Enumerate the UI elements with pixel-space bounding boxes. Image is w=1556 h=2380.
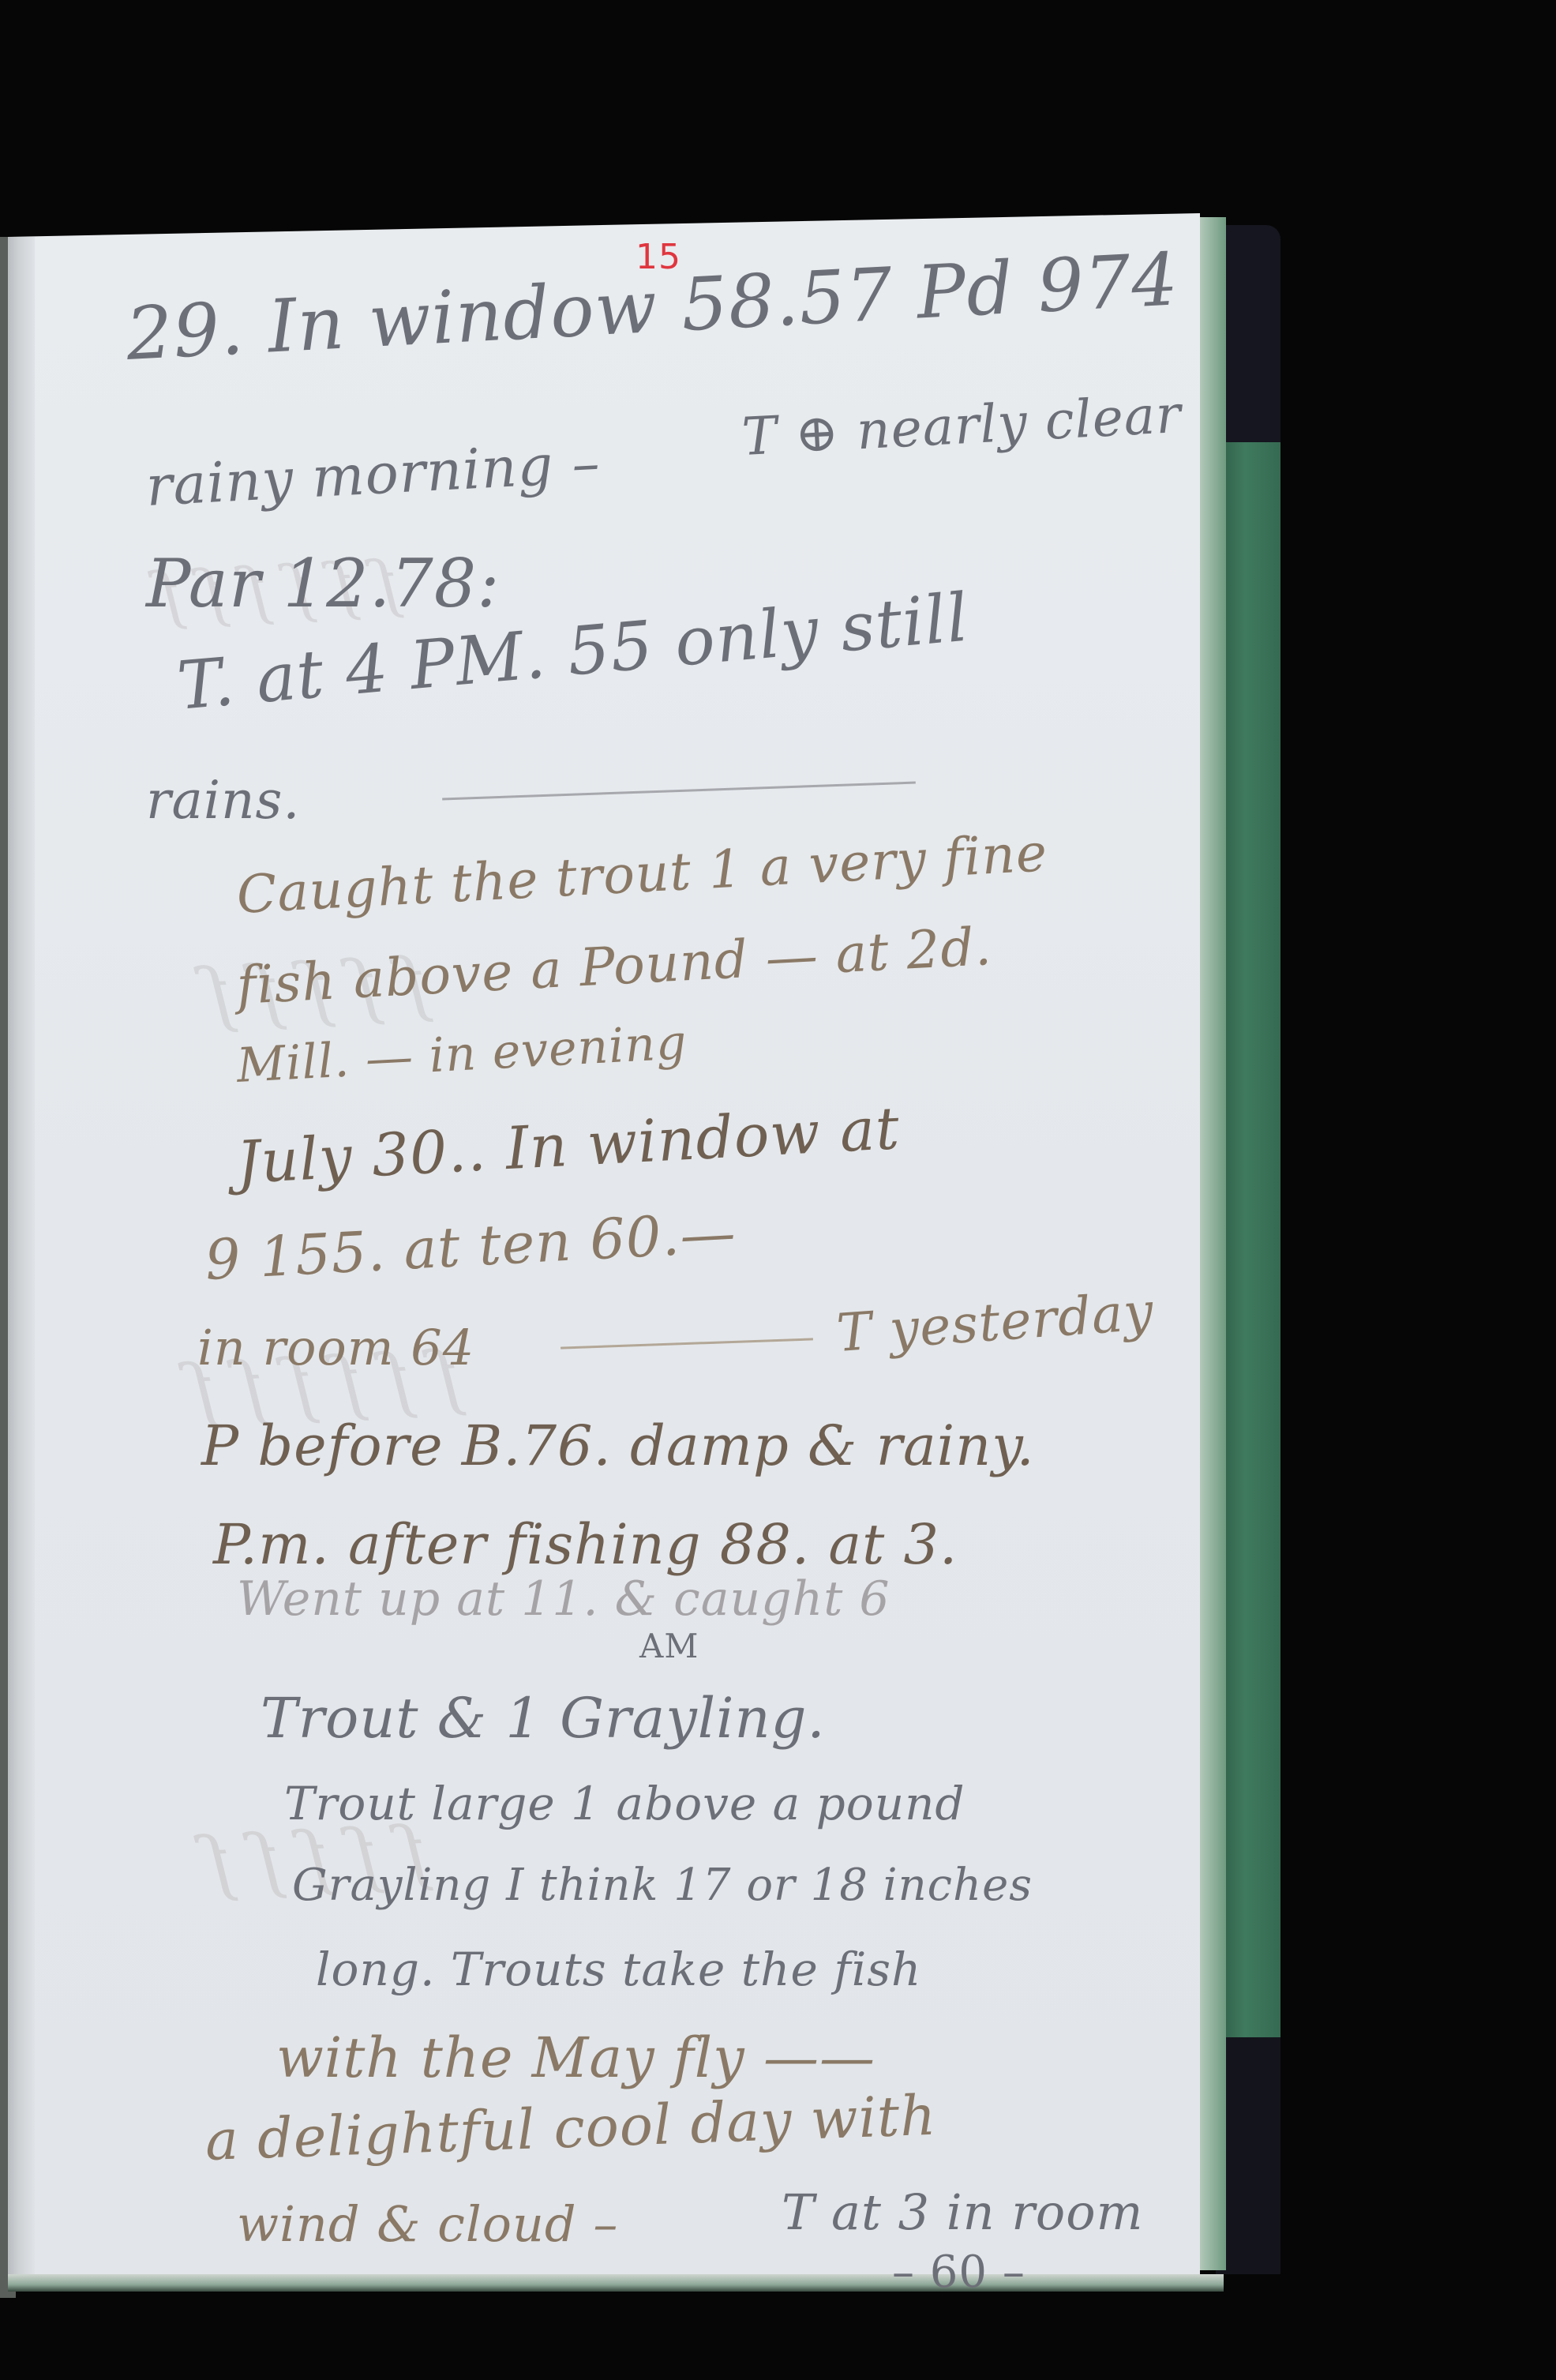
- entry-line: Went up at 11. & caught 6: [237, 1571, 890, 1627]
- entry-line: wind & cloud –: [237, 2195, 618, 2253]
- photo-stage: ſ ſ ſ ſ ſ ſ ſ ſ ſ ſ ſ ſ ſ ſ ſ ſ ſ ſ ſ ſ …: [0, 0, 1556, 2380]
- entry-line: rains.: [146, 770, 300, 831]
- entry-line: Trout large 1 above a pound: [284, 1777, 965, 1830]
- entry-line: Trout & 1 Grayling.: [261, 1686, 826, 1751]
- entry-line: in room 64: [197, 1319, 474, 1376]
- page-bottom-edge: [8, 2274, 1224, 2292]
- entry-line: P.m. after fishing 88. at 3.: [213, 1512, 958, 1577]
- entry-line: with the May fly ——: [276, 2025, 875, 2090]
- entry-line: – 60 –: [892, 2247, 1025, 2298]
- entry-line: Par 12.78:: [146, 545, 500, 622]
- entry-line: P before B.76. damp & rainy.: [201, 1413, 1035, 1478]
- entry-line: T at 3 in room: [782, 2183, 1143, 2241]
- page-gutter: [8, 237, 35, 2290]
- entry-line: Grayling I think 17 or 18 inches: [292, 1860, 1033, 1911]
- entry-line: long. Trouts take the fish: [316, 1943, 921, 1996]
- annotation-am: AM: [639, 1627, 699, 1665]
